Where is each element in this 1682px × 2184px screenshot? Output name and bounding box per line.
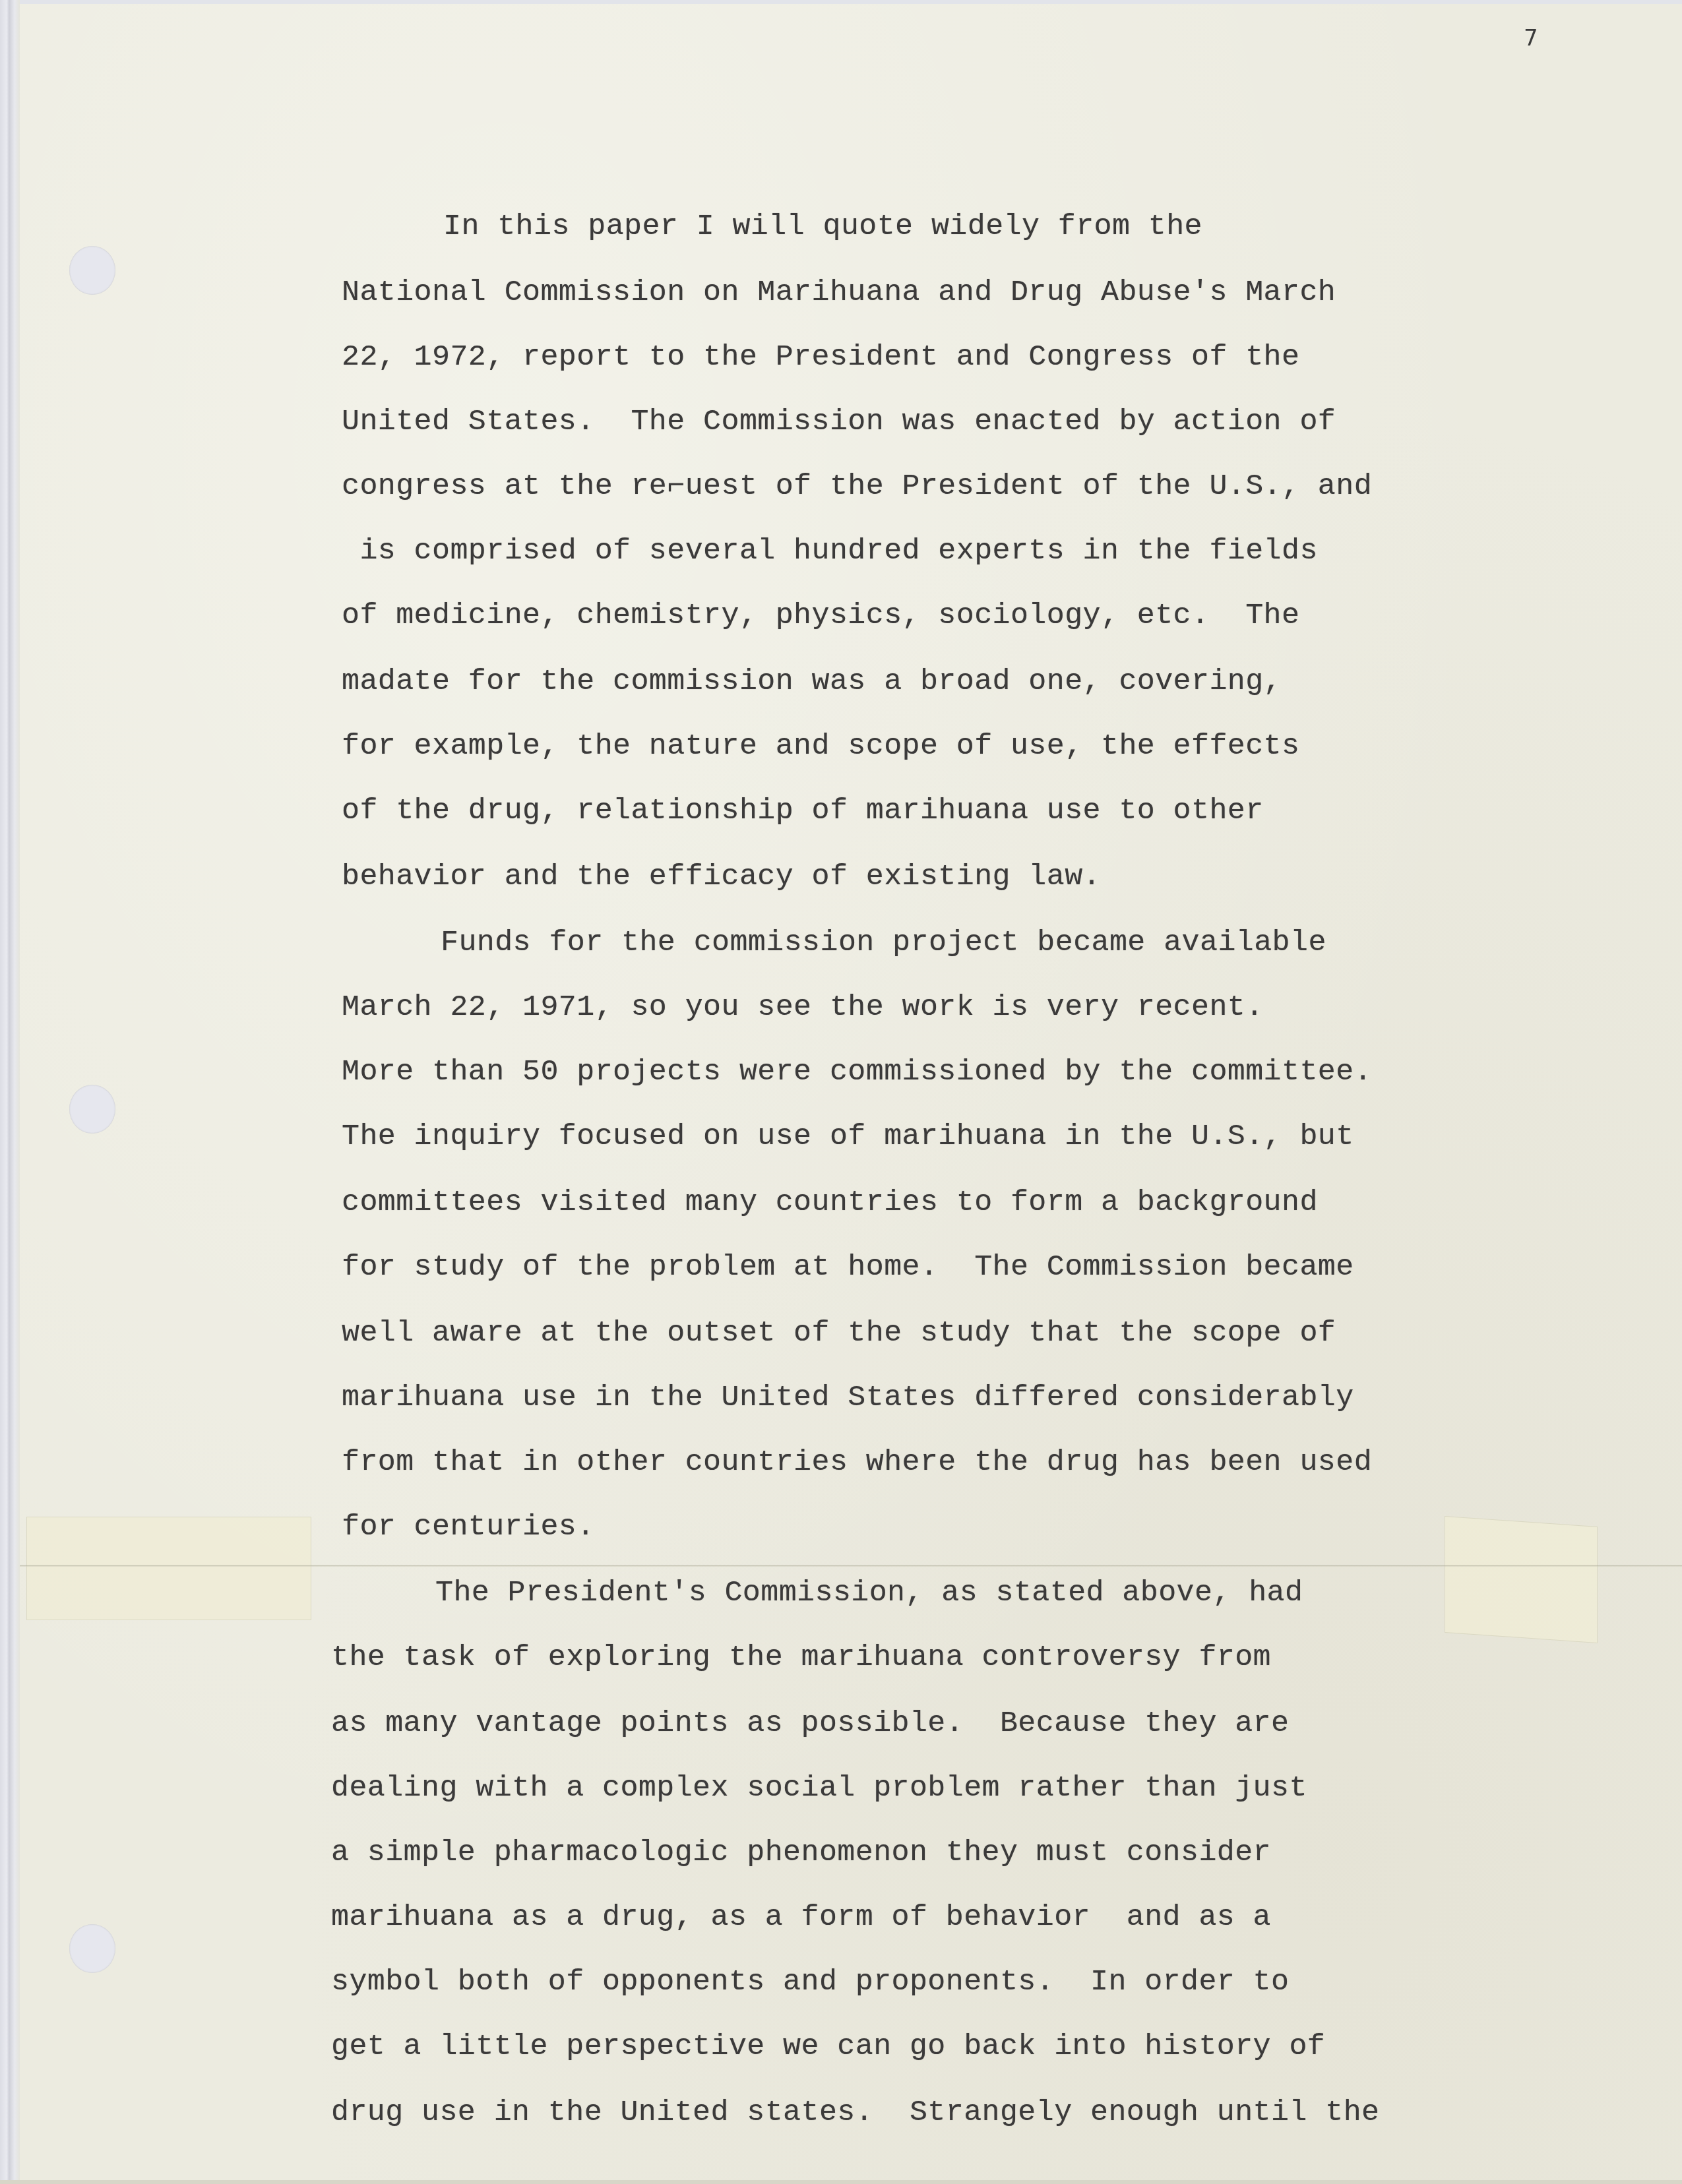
text-line: for centuries. — [342, 1510, 595, 1544]
text-line: The inquiry focused on use of marihuana … — [342, 1120, 1354, 1153]
tape-strip-right — [1445, 1516, 1598, 1643]
text-line: March 22, 1971, so you see the work is v… — [342, 990, 1264, 1024]
text-line: is comprised of several hundred experts … — [342, 534, 1318, 568]
text-line: committees visited many countries to for… — [342, 1186, 1318, 1219]
paragraph-3: The President's Commission, as stated ab… — [0, 0, 73, 370]
text-line: Funds for the commission project became … — [441, 926, 1326, 959]
text-line: More than 50 projects were commissioned … — [342, 1055, 1372, 1089]
scan-edge-bottom — [0, 2180, 1682, 2184]
text-line: for example, the nature and scope of use… — [342, 729, 1299, 763]
text-line: marihuana use in the United States diffe… — [342, 1381, 1354, 1414]
scan-edge-top — [0, 0, 1682, 4]
text-line: symbol both of opponents and proponents.… — [331, 1965, 1289, 1999]
text-line: get a little perspective we can go back … — [331, 2030, 1325, 2063]
text-line: The President's Commission, as stated ab… — [435, 1576, 1303, 1610]
page-number: 7 — [1524, 25, 1538, 51]
text-line: a simple pharmacologic phenomenon they m… — [331, 1836, 1271, 1869]
punch-hole-middle — [69, 1085, 115, 1134]
text-line: dealing with a complex social problem ra… — [331, 1771, 1307, 1805]
text-line: for study of the problem at home. The Co… — [342, 1250, 1354, 1284]
text-line: from that in other countries where the d… — [342, 1445, 1372, 1479]
text-line: National Commission on Marihuana and Dru… — [342, 276, 1336, 309]
text-line: In this paper I will quote widely from t… — [443, 210, 1202, 243]
text-line: United States. The Commission was enacte… — [342, 405, 1336, 439]
text-line: the task of exploring the marihuana cont… — [331, 1641, 1271, 1674]
text-line: well aware at the outset of the study th… — [342, 1316, 1336, 1350]
text-line: madate for the commission was a broad on… — [342, 665, 1282, 698]
document-page: 7 In this paper I will quote widely from… — [0, 0, 1682, 2184]
punch-hole-top — [69, 246, 115, 295]
tape-strip-left — [26, 1517, 311, 1620]
text-line: behavior and the efficacy of existing la… — [342, 860, 1101, 894]
text-line: 22, 1972, report to the President and Co… — [342, 340, 1299, 374]
text-line: drug use in the United states. Strangely… — [331, 2096, 1379, 2129]
text-line: congress at the re⌐uest of the President… — [342, 470, 1372, 503]
text-line: marihuana as a drug, as a form of behavi… — [331, 1900, 1271, 1934]
punch-hole-bottom — [69, 1924, 115, 1973]
text-line: of medicine, chemistry, physics, sociolo… — [342, 599, 1299, 632]
paper-seam — [20, 1565, 1682, 1567]
text-line: of the drug, relationship of marihuana u… — [342, 794, 1264, 828]
text-line: as many vantage points as possible. Beca… — [331, 1707, 1289, 1740]
